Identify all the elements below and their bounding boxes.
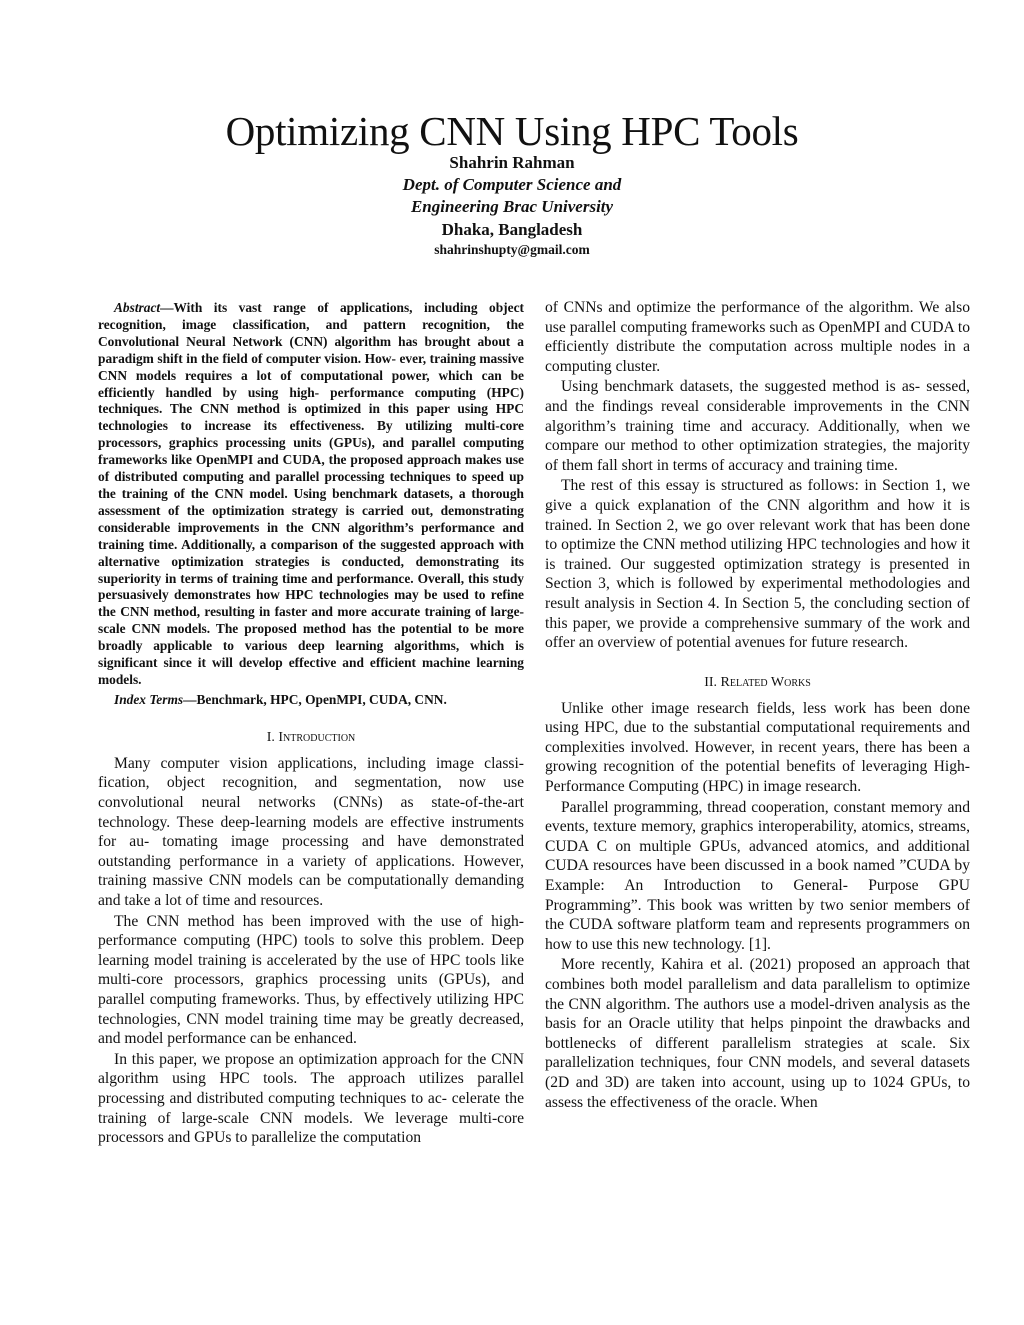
- index-terms-text: Benchmark, HPC, OpenMPI, CUDA, CNN.: [196, 692, 446, 707]
- abstract-label: Abstract: [114, 300, 160, 315]
- section-heading-introduction: I. Introduction: [98, 730, 524, 746]
- paragraph: In this paper, we propose an optimizatio…: [98, 1050, 524, 1148]
- index-terms-label: Index Terms: [114, 692, 183, 707]
- paragraph: Unlike other image research fields, less…: [545, 699, 970, 797]
- section-number: II.: [704, 675, 717, 690]
- index-terms-dash: —: [183, 692, 196, 707]
- paragraph: of CNNs and optimize the performance of …: [545, 298, 970, 376]
- paragraph: Using benchmark datasets, the suggested …: [545, 377, 970, 475]
- right-column: of CNNs and optimize the performance of …: [545, 298, 970, 1113]
- left-column: Abstract—With its vast range of applicat…: [98, 300, 524, 1149]
- author-name: Shahrin Rahman: [0, 152, 1024, 174]
- author-affiliation-line1: Dept. of Computer Science and: [0, 174, 1024, 196]
- section-number: I.: [267, 730, 275, 745]
- author-email: shahrinshupty@gmail.com: [0, 241, 1024, 259]
- paragraph: The CNN method has been improved with th…: [98, 912, 524, 1049]
- paragraph: More recently, Kahira et al. (2021) prop…: [545, 955, 970, 1112]
- section-title: Introduction: [278, 730, 355, 745]
- abstract-dash: —: [160, 300, 173, 315]
- index-terms: Index Terms—Benchmark, HPC, OpenMPI, CUD…: [98, 691, 524, 708]
- paper-title: Optimizing CNN Using HPC Tools: [0, 107, 1024, 155]
- abstract: Abstract—With its vast range of applicat…: [98, 300, 524, 689]
- author-affiliation-line2: Engineering Brac University: [0, 196, 1024, 218]
- author-block: Shahrin Rahman Dept. of Computer Science…: [0, 152, 1024, 259]
- section-title: Related Works: [721, 675, 811, 690]
- section-heading-related-works: II. Related Works: [545, 675, 970, 691]
- author-location: Dhaka, Bangladesh: [0, 218, 1024, 241]
- abstract-text: With its vast range of applications, inc…: [98, 300, 524, 687]
- paragraph: Parallel programming, thread cooperation…: [545, 798, 970, 955]
- paragraph: Many computer vision applications, inclu…: [98, 754, 524, 911]
- paragraph: The rest of this essay is structured as …: [545, 476, 970, 652]
